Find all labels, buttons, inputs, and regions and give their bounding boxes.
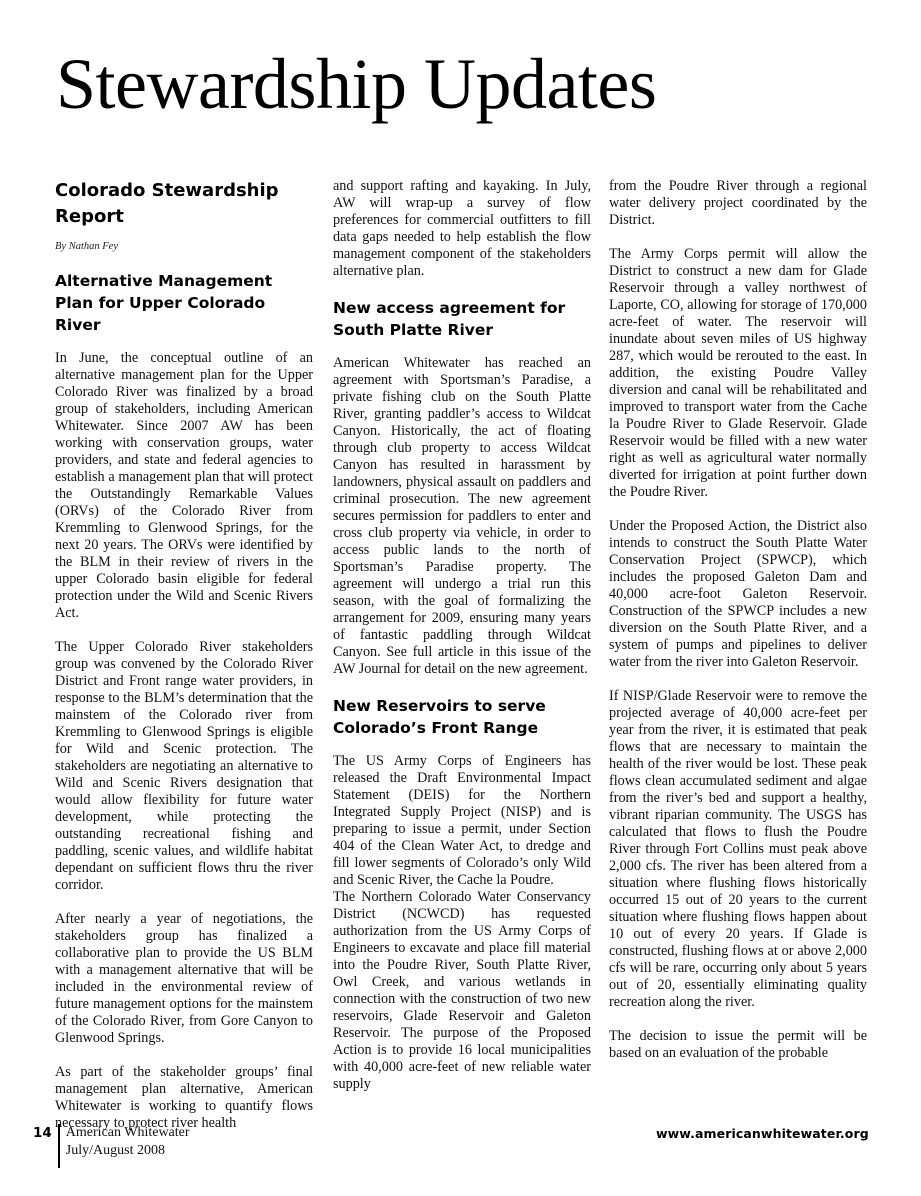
publication-name: American Whitewater [66, 1124, 190, 1142]
section-heading-management-plan: Alternative Management Plan for Upper Co… [55, 270, 313, 336]
page-title: Stewardship Updates [56, 40, 656, 128]
paragraph-continued: and support rafting and kayaking. In Jul… [333, 178, 591, 280]
footer-folio: 14 American Whitewater July/August 2008 [33, 1124, 190, 1168]
publication-info: American Whitewater July/August 2008 [66, 1124, 190, 1160]
issue-date: July/August 2008 [66, 1142, 190, 1160]
paragraph-continued: from the Poudre River through a regional… [609, 178, 867, 229]
article-title: Colorado Stewardship Report [55, 178, 313, 230]
paragraph: As part of the stakeholder groups’ final… [55, 1064, 313, 1132]
paragraph: American Whitewater has reached an agree… [333, 355, 591, 678]
paragraph: The Northern Colorado Water Conservancy … [333, 889, 591, 1093]
website-link[interactable]: www.americanwhitewater.org [656, 1126, 869, 1141]
column-1: Colorado Stewardship Report By Nathan Fe… [55, 178, 313, 1132]
paragraph: The Upper Colorado River stakeholders gr… [55, 639, 313, 894]
paragraph: The decision to issue the permit will be… [609, 1028, 867, 1062]
section-heading-new-reservoirs: New Reservoirs to serve Colorado’s Front… [333, 695, 591, 739]
paragraph: The Army Corps permit will allow the Dis… [609, 246, 867, 501]
column-2: and support rafting and kayaking. In Jul… [333, 178, 591, 1093]
paragraph: In June, the conceptual outline of an al… [55, 350, 313, 622]
page-number: 14 [33, 1124, 58, 1142]
section-heading-access-agreement: New access agreement for South Platte Ri… [333, 297, 591, 341]
paragraph: After nearly a year of negotiations, the… [55, 911, 313, 1047]
footer-divider [58, 1124, 60, 1168]
paragraph: If NISP/Glade Reservoir were to remove t… [609, 688, 867, 1011]
column-3: from the Poudre River through a regional… [609, 178, 867, 1062]
paragraph: The US Army Corps of Engineers has relea… [333, 753, 591, 889]
paragraph: Under the Proposed Action, the District … [609, 518, 867, 671]
byline: By Nathan Fey [55, 240, 313, 254]
